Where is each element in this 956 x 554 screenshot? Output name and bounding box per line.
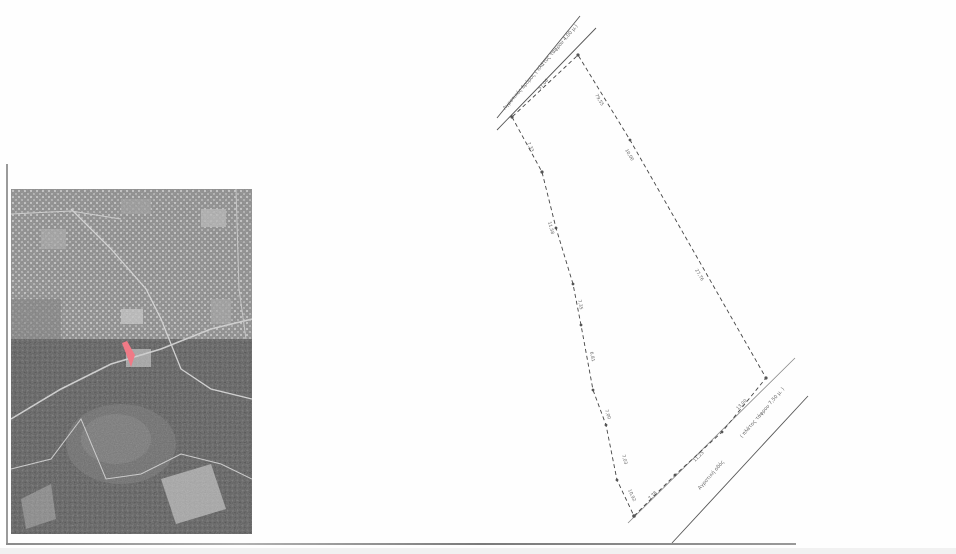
svg-text:11,25: 11,25 [692,450,705,463]
road-label-bottom: Αγροτική οδός [696,459,726,492]
svg-text:79,55: 79,55 [593,93,605,107]
boundary-vertices [510,53,767,517]
road-label-width: ( πλάτος τάφρου 7,50 μ. ) [738,386,786,439]
parcel-boundary [512,55,766,516]
svg-text:7,03: 7,03 [620,454,628,465]
svg-text:11,58: 11,58 [546,221,555,235]
segment-labels: 57,06 79,55 7,33 11,58 7,35 6,81 7,00 7,… [525,78,748,503]
svg-text:7,35: 7,35 [576,299,584,310]
svg-text:6,81: 6,81 [588,351,596,362]
svg-text:10,00: 10,00 [623,148,635,162]
svg-text:10,92: 10,92 [626,488,637,502]
svg-text:7,00: 7,00 [603,409,612,421]
page-bottom-shadow [0,548,956,554]
parcel-survey-plan: Αγροτικός δρόμος ( πλάτος τάφρου 4,00 μ.… [0,0,956,554]
road-edge-bottom-outer [672,396,808,543]
road-label-top: Αγροτικός δρόμος ( πλάτος τάφρου 4,00 μ.… [501,23,579,111]
page-bottom-border [6,543,796,545]
svg-text:27,76: 27,76 [693,268,705,282]
svg-text:7,78: 7,78 [647,490,658,501]
svg-text:57,06: 57,06 [537,78,550,92]
scanned-document-page: Αγροτικός δρόμος ( πλάτος τάφρου 4,00 μ.… [0,0,956,554]
svg-text:13,00: 13,00 [735,398,748,411]
svg-text:7,33: 7,33 [525,141,535,153]
